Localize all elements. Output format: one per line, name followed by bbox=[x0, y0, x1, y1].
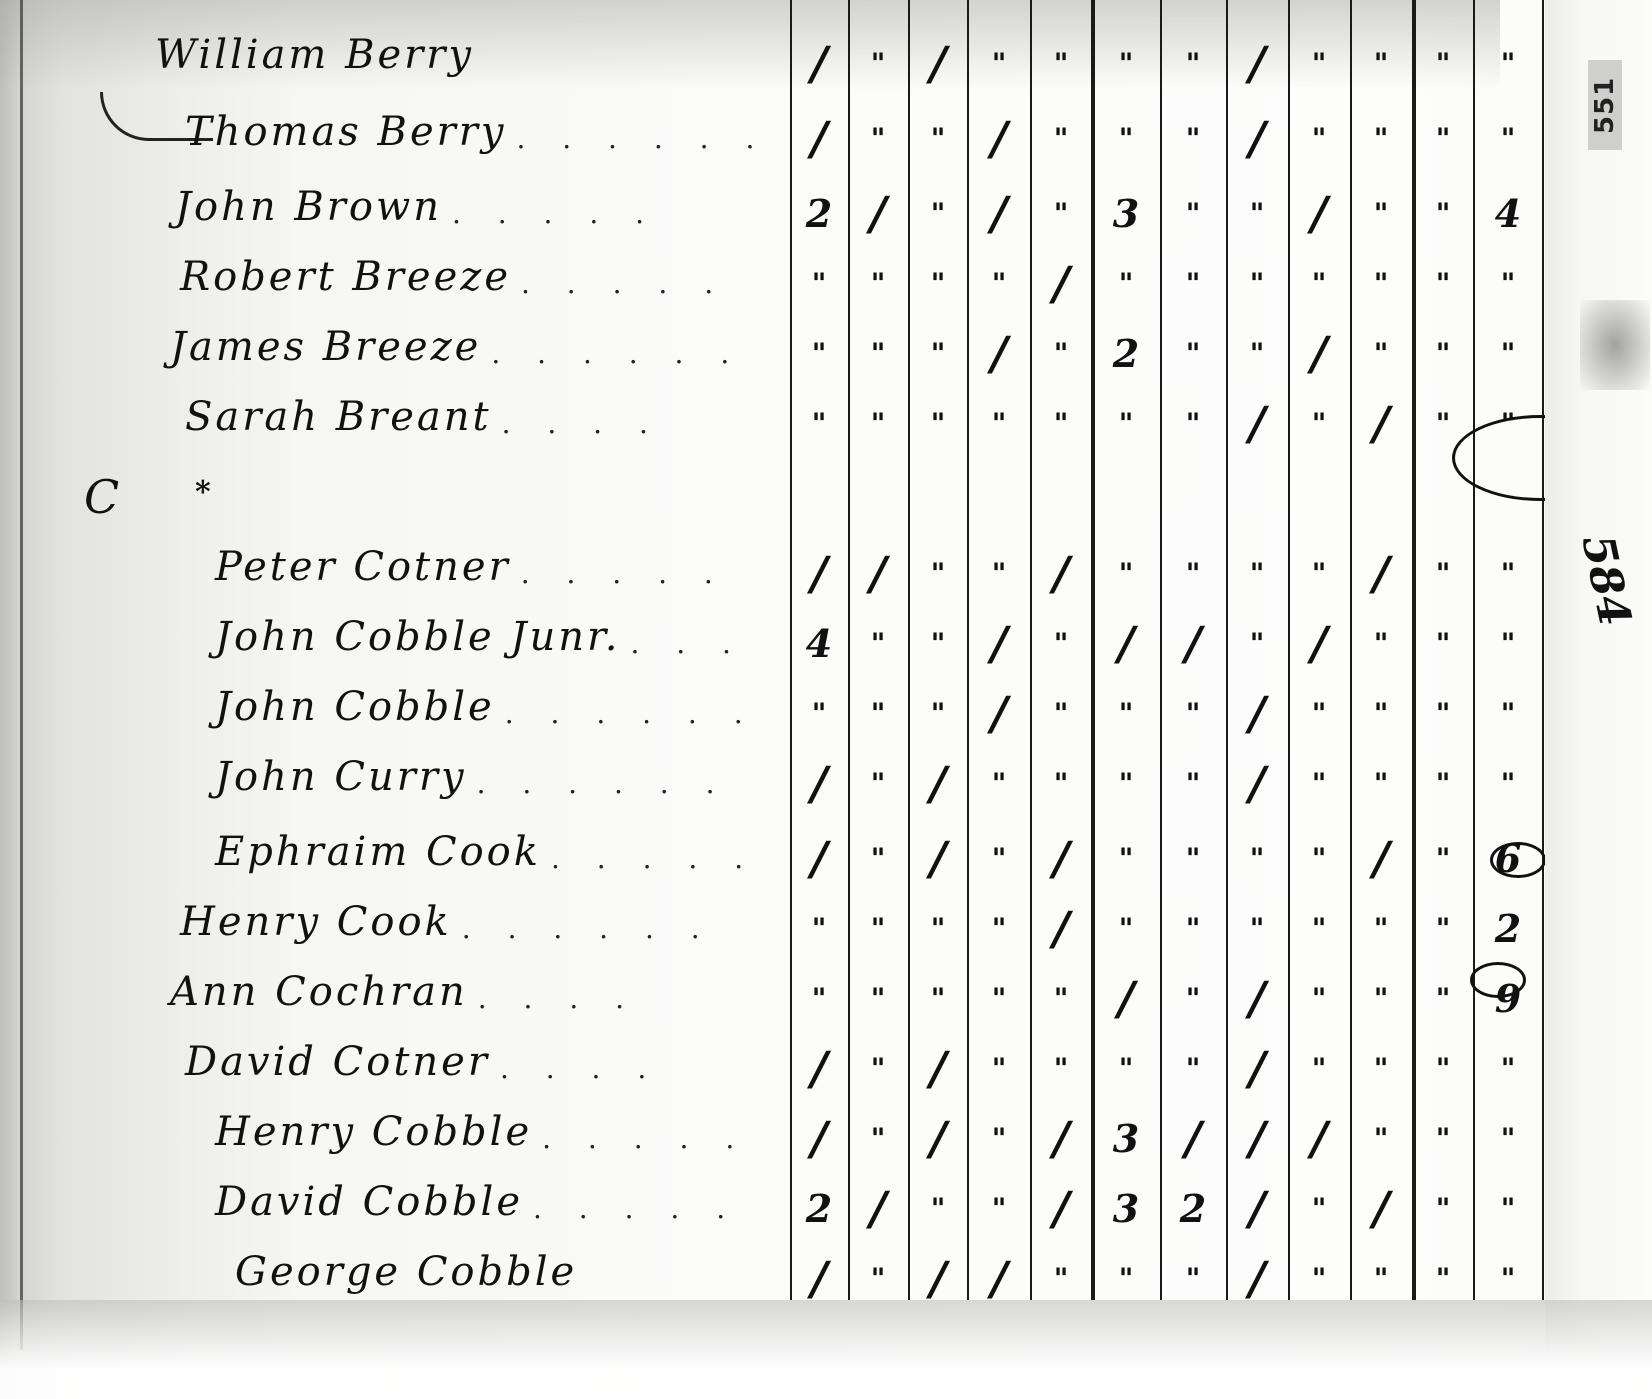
tally-cell: / bbox=[969, 113, 1029, 163]
tally-cell: " bbox=[1478, 548, 1538, 598]
tally-cell: " bbox=[1031, 188, 1091, 238]
tally-cell: " bbox=[1096, 398, 1156, 448]
tally-cell: " bbox=[1351, 258, 1411, 308]
tally-cell: " bbox=[789, 398, 849, 448]
tally-cell: / bbox=[1227, 758, 1287, 808]
tally-cell: / bbox=[1227, 113, 1287, 163]
tally-cell: " bbox=[1031, 688, 1091, 738]
tally-cell: / bbox=[1096, 618, 1156, 668]
tally-cell: / bbox=[1227, 973, 1287, 1023]
household-name: James Breeze bbox=[170, 324, 481, 370]
tally-cell: " bbox=[1031, 1253, 1091, 1303]
tally-cell: 3 bbox=[1096, 1183, 1156, 1233]
tally-cell: / bbox=[969, 328, 1029, 378]
household-name: Henry Cook bbox=[180, 899, 452, 945]
ink-smudge bbox=[1580, 300, 1650, 390]
tally-cell: " bbox=[1163, 258, 1223, 308]
tally-cell: " bbox=[908, 618, 968, 668]
tally-cell: " bbox=[1096, 548, 1156, 598]
tally-cell: " bbox=[1096, 113, 1156, 163]
tally-cell: / bbox=[1351, 548, 1411, 598]
tally-cell: " bbox=[1413, 903, 1473, 953]
tally-cell: " bbox=[848, 1253, 908, 1303]
household-name: John Cobble bbox=[215, 684, 495, 730]
tally-cell: " bbox=[1163, 38, 1223, 88]
dot-leader: . . . . bbox=[502, 407, 662, 440]
column-rule bbox=[1160, 0, 1162, 1300]
right-margin bbox=[1545, 0, 1652, 1399]
list-item: John Curry . . . . . . bbox=[215, 740, 728, 800]
tally-cell: " bbox=[969, 833, 1029, 883]
tally-cell: " bbox=[908, 1183, 968, 1233]
household-name: William Berry bbox=[155, 32, 474, 78]
tally-cell: " bbox=[1096, 1253, 1156, 1303]
tally-cell: " bbox=[1413, 758, 1473, 808]
tally-cell: / bbox=[1031, 833, 1091, 883]
tally-cell: " bbox=[1289, 973, 1349, 1023]
household-name: David Cobble bbox=[215, 1179, 523, 1225]
household-name: John Brown bbox=[175, 184, 442, 230]
tally-cell: " bbox=[848, 758, 908, 808]
tally-cell: " bbox=[1351, 1113, 1411, 1163]
tally-cell: " bbox=[908, 113, 968, 163]
tally-cell: " bbox=[1478, 1253, 1538, 1303]
tally-cell: / bbox=[1227, 398, 1287, 448]
list-item: Henry Cobble . . . . . bbox=[215, 1095, 748, 1155]
household-name: Sarah Breant bbox=[185, 394, 492, 440]
tally-cell: / bbox=[1289, 618, 1349, 668]
tally-cell: / bbox=[1031, 903, 1091, 953]
tally-cell: " bbox=[1413, 688, 1473, 738]
household-name: David Cotner bbox=[185, 1039, 490, 1085]
dot-leader: . . . . . bbox=[551, 842, 757, 875]
page-shadow-bottom bbox=[0, 1300, 1652, 1399]
tally-cell: / bbox=[789, 758, 849, 808]
tally-cell: 2 bbox=[789, 188, 849, 238]
tally-cell: " bbox=[1163, 328, 1223, 378]
tally-cell: " bbox=[1413, 833, 1473, 883]
tally-cell: / bbox=[1289, 1113, 1349, 1163]
dot-leader: . . . . bbox=[478, 982, 638, 1015]
list-item: Henry Cook . . . . . . bbox=[180, 885, 714, 945]
household-name: Robert Breeze bbox=[180, 254, 511, 300]
tally-cell: " bbox=[1351, 328, 1411, 378]
tally-cell: " bbox=[908, 973, 968, 1023]
tally-cell: / bbox=[969, 1253, 1029, 1303]
tally-cell: / bbox=[789, 113, 849, 163]
tally-cell: " bbox=[1478, 618, 1538, 668]
tally-cell: " bbox=[1413, 188, 1473, 238]
tally-cell: " bbox=[789, 973, 849, 1023]
tally-cell: " bbox=[1096, 758, 1156, 808]
tally-cell: " bbox=[1163, 1253, 1223, 1303]
tally-cell: " bbox=[1413, 1253, 1473, 1303]
list-item: Ann Cochran . . . . bbox=[170, 955, 638, 1015]
tally-cell: " bbox=[848, 688, 908, 738]
names-column: William Berry Thomas Berry . . . . . . J… bbox=[0, 0, 790, 1399]
tally-cell: " bbox=[1478, 1183, 1538, 1233]
tally-cell: " bbox=[1478, 38, 1538, 88]
census-page: William Berry Thomas Berry . . . . . . J… bbox=[0, 0, 1652, 1399]
tally-cell: / bbox=[789, 548, 849, 598]
tally-cell: " bbox=[1289, 1253, 1349, 1303]
household-name: Ephraim Cook bbox=[215, 829, 541, 875]
tally-cell: " bbox=[1227, 903, 1287, 953]
tally-cell: / bbox=[1227, 1253, 1287, 1303]
tally-cell: " bbox=[1163, 903, 1223, 953]
tally-cell: " bbox=[1163, 973, 1223, 1023]
list-item: James Breeze . . . . . . bbox=[170, 310, 743, 370]
tally-cell: " bbox=[1227, 188, 1287, 238]
tally-cell: / bbox=[908, 38, 968, 88]
tally-cell: 4 bbox=[1478, 188, 1538, 238]
tally-cell: " bbox=[848, 258, 908, 308]
tally-cell: " bbox=[1289, 548, 1349, 598]
tally-cell: " bbox=[848, 973, 908, 1023]
tally-cell: / bbox=[1227, 38, 1287, 88]
tally-cell: " bbox=[969, 258, 1029, 308]
dot-leader: . . . . . . bbox=[462, 912, 714, 945]
tally-cell: " bbox=[969, 1113, 1029, 1163]
tally-cell: " bbox=[1289, 398, 1349, 448]
section-marker: * bbox=[195, 475, 211, 510]
list-item: Robert Breeze . . . . . bbox=[180, 240, 727, 300]
tally-cell: " bbox=[1031, 973, 1091, 1023]
list-item: George Cobble bbox=[235, 1235, 577, 1295]
tally-cell: / bbox=[1289, 328, 1349, 378]
tally-cell: " bbox=[1289, 113, 1349, 163]
tally-cell: " bbox=[1478, 758, 1538, 808]
tally-cell: " bbox=[1163, 188, 1223, 238]
household-name: George Cobble bbox=[235, 1249, 577, 1295]
tally-cell: " bbox=[1413, 1183, 1473, 1233]
tally-cell: / bbox=[1227, 688, 1287, 738]
tally-cell: " bbox=[789, 328, 849, 378]
tally-cell: " bbox=[1163, 758, 1223, 808]
list-item: John Cobble . . . . . . bbox=[215, 670, 757, 730]
tally-cell: " bbox=[1289, 258, 1349, 308]
household-name: John Curry bbox=[215, 754, 467, 800]
tally-cell: " bbox=[1289, 688, 1349, 738]
tally-cell: / bbox=[1096, 973, 1156, 1023]
list-item: Ephraim Cook . . . . . bbox=[215, 815, 757, 875]
tally-cell: / bbox=[908, 1253, 968, 1303]
tally-cell: " bbox=[1351, 973, 1411, 1023]
dot-leader: . . . . . . bbox=[491, 337, 743, 370]
section-letter: C bbox=[84, 470, 119, 524]
tally-cell: 4 bbox=[789, 618, 849, 668]
tally-grid: /"/""""/""""/""/"""/""""2/"/"3""/""4""""… bbox=[790, 0, 1545, 1300]
tally-cell: " bbox=[1096, 38, 1156, 88]
tally-cell: " bbox=[1478, 1043, 1538, 1093]
tally-cell: " bbox=[969, 1183, 1029, 1233]
tally-cell: / bbox=[969, 188, 1029, 238]
tally-cell: " bbox=[1351, 903, 1411, 953]
tally-cell: " bbox=[1031, 618, 1091, 668]
column-rule bbox=[1091, 0, 1095, 1300]
tally-cell: " bbox=[1031, 758, 1091, 808]
tally-cell: " bbox=[1351, 1253, 1411, 1303]
tally-cell: " bbox=[1163, 548, 1223, 598]
tally-cell: " bbox=[789, 688, 849, 738]
dot-leader: . . . . . bbox=[533, 1192, 739, 1225]
tally-cell: / bbox=[1031, 548, 1091, 598]
tally-cell: " bbox=[848, 113, 908, 163]
tally-cell: / bbox=[969, 618, 1029, 668]
tally-cell: 2 bbox=[1163, 1183, 1223, 1233]
tally-cell: / bbox=[789, 833, 849, 883]
tally-cell: " bbox=[1478, 328, 1538, 378]
dot-leader: . . . bbox=[630, 627, 745, 660]
tally-cell: 2 bbox=[1478, 903, 1538, 953]
tally-cell: " bbox=[1227, 833, 1287, 883]
tally-cell: / bbox=[908, 758, 968, 808]
tally-cell: " bbox=[848, 398, 908, 448]
tally-cell: / bbox=[1227, 1183, 1287, 1233]
column-rule bbox=[1473, 0, 1475, 1300]
tally-cell: " bbox=[908, 188, 968, 238]
page-number-stamp: 551 bbox=[1588, 60, 1622, 150]
tally-cell: / bbox=[1351, 398, 1411, 448]
tally-cell: / bbox=[908, 1043, 968, 1093]
tally-cell: / bbox=[1163, 618, 1223, 668]
tally-cell: " bbox=[908, 398, 968, 448]
tally-cell: " bbox=[1227, 548, 1287, 598]
tally-cell: " bbox=[1096, 258, 1156, 308]
tally-cell: " bbox=[1289, 833, 1349, 883]
household-name: Henry Cobble bbox=[215, 1109, 532, 1155]
tally-cell: " bbox=[969, 548, 1029, 598]
tally-cell: " bbox=[848, 1113, 908, 1163]
tally-cell: " bbox=[1478, 688, 1538, 738]
tally-cell: " bbox=[1351, 758, 1411, 808]
tally-cell: " bbox=[1351, 1043, 1411, 1093]
tally-cell: " bbox=[1031, 398, 1091, 448]
tally-cell: " bbox=[1163, 688, 1223, 738]
tally-cell: " bbox=[969, 398, 1029, 448]
dot-leader: . . . . . . bbox=[505, 697, 757, 730]
tally-cell: 3 bbox=[1096, 188, 1156, 238]
household-name: Peter Cotner bbox=[215, 544, 511, 590]
tally-cell: / bbox=[848, 548, 908, 598]
tally-cell: / bbox=[789, 1113, 849, 1163]
tally-cell: / bbox=[1351, 833, 1411, 883]
tally-cell: " bbox=[969, 38, 1029, 88]
circled-annotation bbox=[1470, 962, 1526, 998]
tally-cell: / bbox=[1351, 1183, 1411, 1233]
column-rule bbox=[1542, 0, 1544, 1300]
tally-cell: " bbox=[1289, 1043, 1349, 1093]
tally-cell: " bbox=[1413, 38, 1473, 88]
tally-cell: " bbox=[1413, 258, 1473, 308]
dot-leader: . . . . . . bbox=[516, 122, 768, 155]
tally-cell: " bbox=[1413, 618, 1473, 668]
tally-cell: " bbox=[969, 903, 1029, 953]
tally-cell: " bbox=[1227, 618, 1287, 668]
list-item: Thomas Berry . . . . . . bbox=[185, 95, 768, 155]
tally-cell: " bbox=[848, 618, 908, 668]
tally-cell: 2 bbox=[789, 1183, 849, 1233]
tally-cell: / bbox=[1227, 1043, 1287, 1093]
tally-cell: " bbox=[1413, 1113, 1473, 1163]
tally-cell: " bbox=[789, 258, 849, 308]
list-item: Sarah Breant . . . . bbox=[185, 380, 662, 440]
tally-cell: " bbox=[908, 258, 968, 308]
household-name: Ann Cochran bbox=[170, 969, 468, 1015]
tally-cell: / bbox=[789, 1043, 849, 1093]
tally-cell: " bbox=[1031, 113, 1091, 163]
tally-cell: " bbox=[969, 758, 1029, 808]
tally-cell: " bbox=[1031, 328, 1091, 378]
tally-cell: / bbox=[908, 1113, 968, 1163]
tally-cell: " bbox=[1351, 618, 1411, 668]
dot-leader: . . . . . bbox=[452, 197, 658, 230]
dot-leader: . . . . . bbox=[521, 557, 727, 590]
tally-cell: " bbox=[1163, 398, 1223, 448]
tally-cell: " bbox=[848, 903, 908, 953]
tally-cell: " bbox=[908, 548, 968, 598]
tally-cell: " bbox=[908, 688, 968, 738]
dot-leader: . . . . bbox=[500, 1052, 660, 1085]
tally-cell: 3 bbox=[1096, 1113, 1156, 1163]
tally-cell: " bbox=[1413, 973, 1473, 1023]
tally-cell: " bbox=[1163, 1043, 1223, 1093]
tally-cell: " bbox=[1413, 548, 1473, 598]
list-item: John Cobble Junr. . . . bbox=[215, 600, 745, 660]
tally-cell: " bbox=[848, 38, 908, 88]
tally-cell: / bbox=[1031, 1183, 1091, 1233]
tally-cell: / bbox=[789, 1253, 849, 1303]
tally-cell: " bbox=[908, 903, 968, 953]
tally-cell: " bbox=[908, 328, 968, 378]
tally-cell: " bbox=[1031, 1043, 1091, 1093]
list-item: William Berry bbox=[155, 18, 474, 78]
tally-cell: " bbox=[1096, 1043, 1156, 1093]
tally-cell: " bbox=[1478, 1113, 1538, 1163]
list-item: John Brown . . . . . bbox=[175, 170, 658, 230]
tally-cell: " bbox=[1478, 258, 1538, 308]
tally-cell: " bbox=[1289, 758, 1349, 808]
tally-cell: / bbox=[848, 1183, 908, 1233]
tally-cell: " bbox=[1351, 688, 1411, 738]
tally-cell: " bbox=[1289, 38, 1349, 88]
tally-cell: " bbox=[1351, 188, 1411, 238]
dot-leader: . . . . . . bbox=[477, 767, 729, 800]
tally-cell: " bbox=[1478, 113, 1538, 163]
tally-cell: " bbox=[1031, 38, 1091, 88]
tally-cell: / bbox=[1031, 1113, 1091, 1163]
tally-cell: / bbox=[848, 188, 908, 238]
tally-cell: " bbox=[848, 328, 908, 378]
tally-cell: " bbox=[1351, 113, 1411, 163]
tally-cell: " bbox=[1163, 113, 1223, 163]
tally-cell: " bbox=[1096, 903, 1156, 953]
list-item: David Cobble . . . . . bbox=[215, 1165, 739, 1225]
household-name: John Cobble Junr. bbox=[215, 614, 620, 660]
tally-cell: / bbox=[969, 688, 1029, 738]
tally-cell: / bbox=[1227, 1113, 1287, 1163]
tally-cell: " bbox=[1096, 833, 1156, 883]
tally-cell: " bbox=[969, 1043, 1029, 1093]
tally-cell: " bbox=[1413, 113, 1473, 163]
tally-cell: " bbox=[1351, 38, 1411, 88]
list-item: David Cotner . . . . bbox=[185, 1025, 660, 1085]
dot-leader: . . . . . bbox=[521, 267, 727, 300]
tally-cell: " bbox=[789, 903, 849, 953]
tally-cell: / bbox=[1289, 188, 1349, 238]
tally-cell: " bbox=[1413, 1043, 1473, 1093]
tally-cell: / bbox=[908, 833, 968, 883]
tally-cell: " bbox=[1227, 328, 1287, 378]
dot-leader: . . . . . bbox=[542, 1122, 748, 1155]
household-name: Thomas Berry bbox=[185, 109, 506, 155]
tally-cell: " bbox=[1227, 258, 1287, 308]
tally-cell: " bbox=[848, 1043, 908, 1093]
tally-cell: 2 bbox=[1096, 328, 1156, 378]
list-item: Peter Cotner . . . . . bbox=[215, 530, 727, 590]
tally-cell: / bbox=[1031, 258, 1091, 308]
tally-cell: " bbox=[1413, 328, 1473, 378]
tally-cell: " bbox=[969, 973, 1029, 1023]
tally-cell: " bbox=[1289, 1183, 1349, 1233]
tally-cell: / bbox=[1163, 1113, 1223, 1163]
tally-cell: " bbox=[1163, 833, 1223, 883]
circled-annotation bbox=[1490, 842, 1546, 878]
tally-cell: " bbox=[1096, 688, 1156, 738]
tally-cell: / bbox=[789, 38, 849, 88]
tally-cell: " bbox=[848, 833, 908, 883]
tally-cell: " bbox=[1289, 903, 1349, 953]
